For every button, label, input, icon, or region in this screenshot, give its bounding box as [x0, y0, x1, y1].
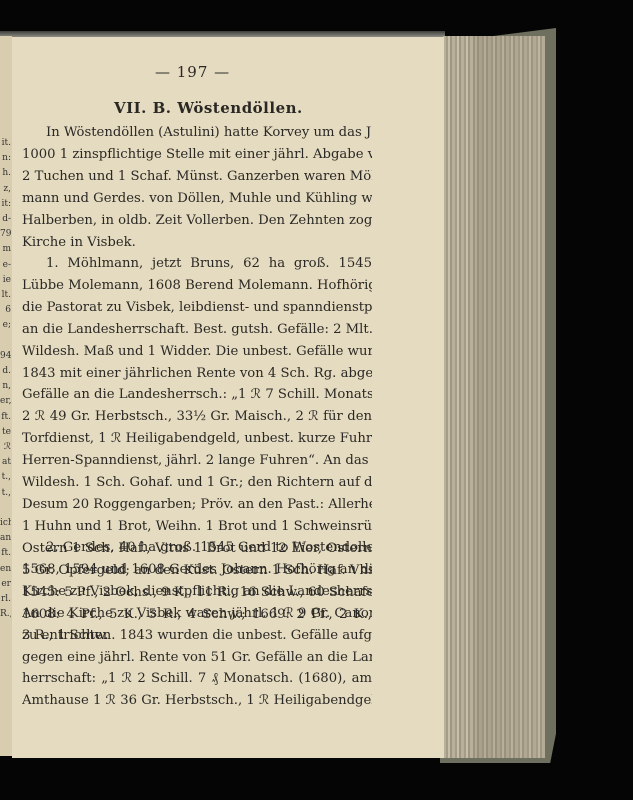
text-line: 1000 1 zinspflichtige Stelle mit einer j… [22, 144, 372, 166]
left-fragment: ℛ [0, 440, 11, 455]
text-line: An die Kirche zu Visbek waren jährl. 1 ℛ… [22, 603, 372, 625]
left-fragment: 79 [0, 227, 11, 242]
left-fragment: 6 [0, 303, 11, 318]
left-fragment: 94 [0, 349, 11, 364]
left-fragment: h. [0, 166, 11, 181]
left-fragment: z, [0, 182, 11, 197]
text-line: Lübbe Molemann, 1608 Berend Molemann. Ho… [22, 275, 372, 297]
left-fragment: e- [0, 258, 11, 273]
left-fragment: er [0, 577, 11, 592]
text-line: 2 Tuchen und 1 Schaf. Münst. Ganzerben w… [22, 166, 372, 188]
book-page: — 197 — VII. B. Wöstendöllen. In Wöstend… [12, 37, 444, 758]
text-line: 1568, 1594 und 1608 Gerdes Johann. Hofhö… [22, 559, 372, 581]
text-line: Kirche zu Visbek, dienstpflichtig an die… [22, 581, 372, 603]
left-fragment: ich [0, 516, 11, 531]
text-line: Kirche in Visbek. [22, 232, 372, 254]
text-line: 2 ℛ 49 Gr. Herbstsch., 33½ Gr. Maisch., … [22, 406, 372, 428]
text-line: zu entrichten. 1843 wurden die unbest. G… [22, 625, 372, 647]
text-line: Gefälle an die Landesherrsch.: „1 ℛ 7 Sc… [22, 384, 372, 406]
left-fragment: d- [0, 212, 11, 227]
left-fragment: R., [0, 607, 11, 622]
text-line: Wildesh. 1 Sch. Gohaf. und 1 Gr.; den Ri… [22, 472, 372, 494]
section-heading: VII. B. Wöstendöllen. [114, 99, 303, 117]
left-fragment: an [0, 531, 11, 546]
text-line: an die Landesherrschaft. Best. gutsh. Ge… [22, 319, 372, 341]
left-fragment: t., [0, 486, 11, 501]
text-line: Wildesh. Maß und 1 Widder. Die unbest. G… [22, 341, 372, 363]
text-line: Amthause 1 ℛ 36 Gr. Herbstsch., 1 ℛ Heil… [22, 690, 372, 712]
left-fragment: er, [0, 394, 11, 409]
left-fragment: lt. [0, 288, 11, 303]
text-line: mann und Gerdes. von Döllen, Muhle und K… [22, 188, 372, 210]
left-fragment: ft. [0, 546, 11, 561]
text-line: Desum 20 Roggengarben; Pröv. an den Past… [22, 494, 372, 516]
page-number: — 197 — [155, 63, 230, 81]
text-line: Torfdienst, 1 ℛ Heiligabendgeld, unbest.… [22, 428, 372, 450]
left-fragment [0, 501, 11, 516]
text-line: In Wöstendöllen (Astulini) hatte Korvey … [22, 122, 372, 144]
paragraph-gerdes: 2. Gerdes, 40 ha groß. 1545 Gerd to Wost… [22, 537, 372, 712]
left-fragment: d. [0, 364, 11, 379]
left-fragment: e; [0, 318, 11, 333]
text-line: 1. Möhlmann, jetzt Bruns, 62 ha groß. 15… [22, 253, 372, 275]
left-fragment: rl. [0, 592, 11, 607]
text-line: die Pastorat zu Visbek, leibdienst- und … [22, 297, 372, 319]
text-line: Herren-Spanndienst, jährl. 2 lange Fuhre… [22, 450, 372, 472]
left-fragment: at [0, 455, 11, 470]
page-stack-edge [443, 36, 545, 758]
text-line: 1 Huhn und 1 Brot, Weihn. 1 Brot und 1 S… [22, 516, 372, 538]
text-line: 2. Gerdes, 40 ha groß. 1545 Gerd to Wost… [22, 537, 372, 559]
text-line: herrschaft: „1 ℛ 2 Schill. 7 ₰ Monatsch.… [22, 668, 372, 690]
left-fragment: n: [0, 151, 11, 166]
text-line: 1843 mit einer jährlichen Rente von 4 Sc… [22, 363, 372, 385]
left-fragment: m [0, 242, 11, 257]
left-fragment: n, [0, 379, 11, 394]
left-fragment: ft. [0, 410, 11, 425]
left-fragment: it. [0, 136, 11, 151]
text-line: gegen eine jährl. Rente von 51 Gr. Gefäl… [22, 647, 372, 669]
left-fragment: te [0, 425, 11, 440]
left-fragment: t., [0, 470, 11, 485]
left-fragment: it: [0, 197, 11, 212]
left-fragment: ie [0, 273, 11, 288]
left-fragment [0, 334, 11, 349]
left-page-text-fragments: it.n:h.z,it:d-79me-ielt.6e; 94d.n,er,ft.… [0, 136, 11, 623]
paragraph-intro: In Wöstendöllen (Astulini) hatte Korvey … [22, 122, 372, 253]
text-line: Halberben, in oldb. Zeit Vollerben. Den … [22, 210, 372, 232]
left-fragment: en [0, 562, 11, 577]
